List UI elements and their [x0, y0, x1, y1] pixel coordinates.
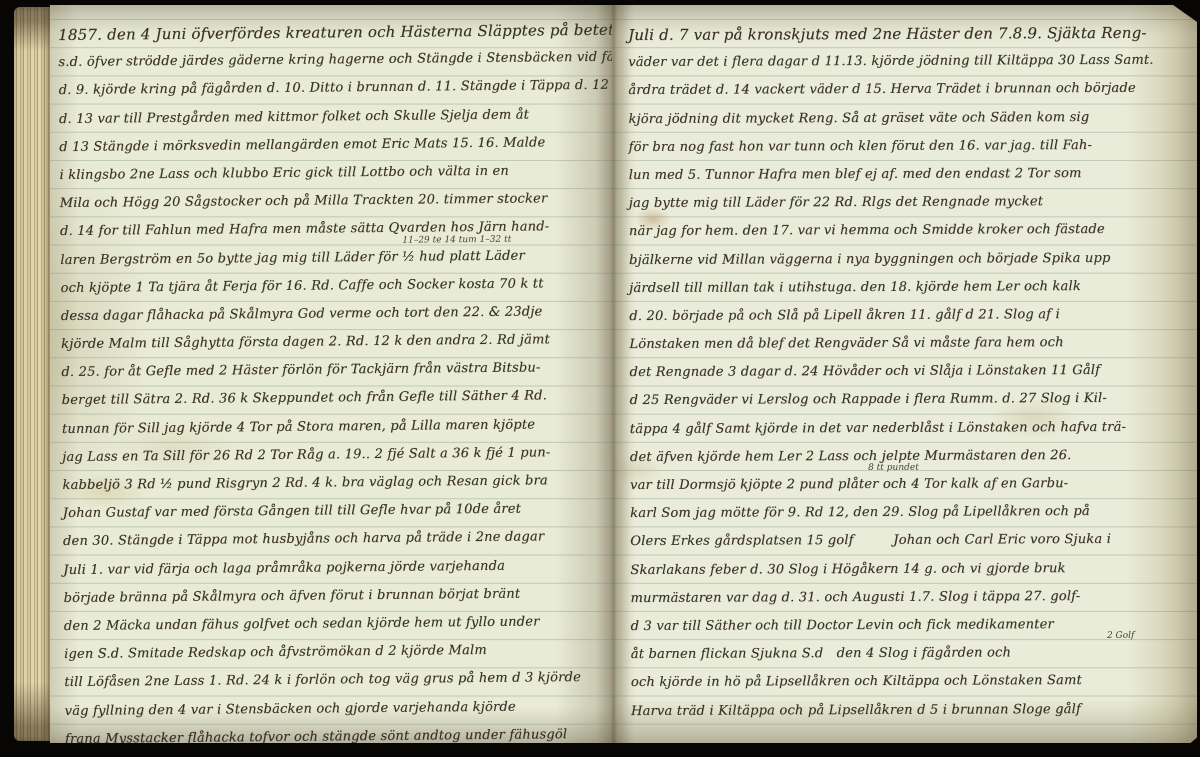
handwriting-line: 8 tt pundetvar till Dormsjö kjöpte 2 pun… [630, 470, 1197, 501]
handwriting-line: Harva träd i Kiltäppa och på Lipsellåkre… [631, 695, 1197, 726]
handwriting-line: Olers Erkes gårdsplatsen 15 golf Johan o… [630, 526, 1197, 557]
handwriting-line: järdsell till millan tak i utihstuga. de… [629, 272, 1196, 303]
handwriting-line: d 25 Rengväder vi Lerslog och Rappade i … [630, 385, 1197, 416]
handwriting-line: bjälkerne vid Millan väggerna i nya bygg… [629, 244, 1196, 275]
right-page-handwriting: Juli d. 7 var på kronskjuts med 2ne Häst… [628, 19, 1197, 726]
right-page: Juli d. 7 var på kronskjuts med 2ne Häst… [612, 5, 1197, 743]
handwriting-line: jag bytte mig till Läder för 22 Rd. Rlgs… [629, 188, 1196, 219]
handwriting-line: och kjörde in hö på Lipsellåkren och Kil… [631, 667, 1197, 698]
handwriting-line: för bra nog fast hon var tunn och klen f… [628, 131, 1195, 162]
handwriting-line: Lönstaken men då blef det Rengväder Så v… [629, 329, 1196, 360]
handwriting-line: d. 20. började på och Slå på Lipell åkre… [629, 300, 1196, 331]
handwriting-line: lun med 5. Tunnor Hafra men blef ej af. … [629, 159, 1196, 190]
left-page: 1857. den 4 Juni öfverfördes kreaturen o… [50, 5, 612, 743]
interline-note: 11–29 te 14 tum 1–32 tt [402, 234, 511, 245]
handwriting-line: Skarlakans feber d. 30 Slog i Högåkern 1… [630, 554, 1197, 585]
handwriting-line: när jag for hem. den 17. var vi hemma oc… [629, 216, 1196, 247]
interline-note: 8 tt pundet [868, 463, 919, 473]
handwriting-line: väder var det i flera dagar d 11.13. kjö… [628, 47, 1195, 78]
scanned-book-photo: 1857. den 4 Juni öfverfördes kreaturen o… [0, 0, 1200, 757]
handwriting-line: kjöra jödning dit mycket Reng. Så at grä… [628, 103, 1195, 134]
left-page-handwriting: 1857. den 4 Juni öfverfördes kreaturen o… [58, 16, 612, 743]
interline-note: 2 Golf [1107, 631, 1134, 641]
handwriting-line: Juli d. 7 var på kronskjuts med 2ne Häst… [628, 19, 1195, 50]
handwriting-line: karl Som jag mötte för 9. Rd 12, den 29.… [630, 498, 1197, 529]
handwriting-line: 2 Golfåt barnen flickan Sjukna S.d den 4… [631, 639, 1197, 670]
book-page-edges [14, 7, 50, 741]
handwriting-line: täppa 4 gålf Samt kjörde in det var nede… [630, 413, 1197, 444]
handwriting-line: murmästaren var dag d. 31. och Augusti 1… [630, 582, 1197, 613]
handwriting-line: årdra trädet d. 14 vackert väder d 15. H… [628, 75, 1195, 106]
handwriting-line: det Rengnade 3 dagar d. 24 Hövåder och v… [629, 357, 1196, 388]
